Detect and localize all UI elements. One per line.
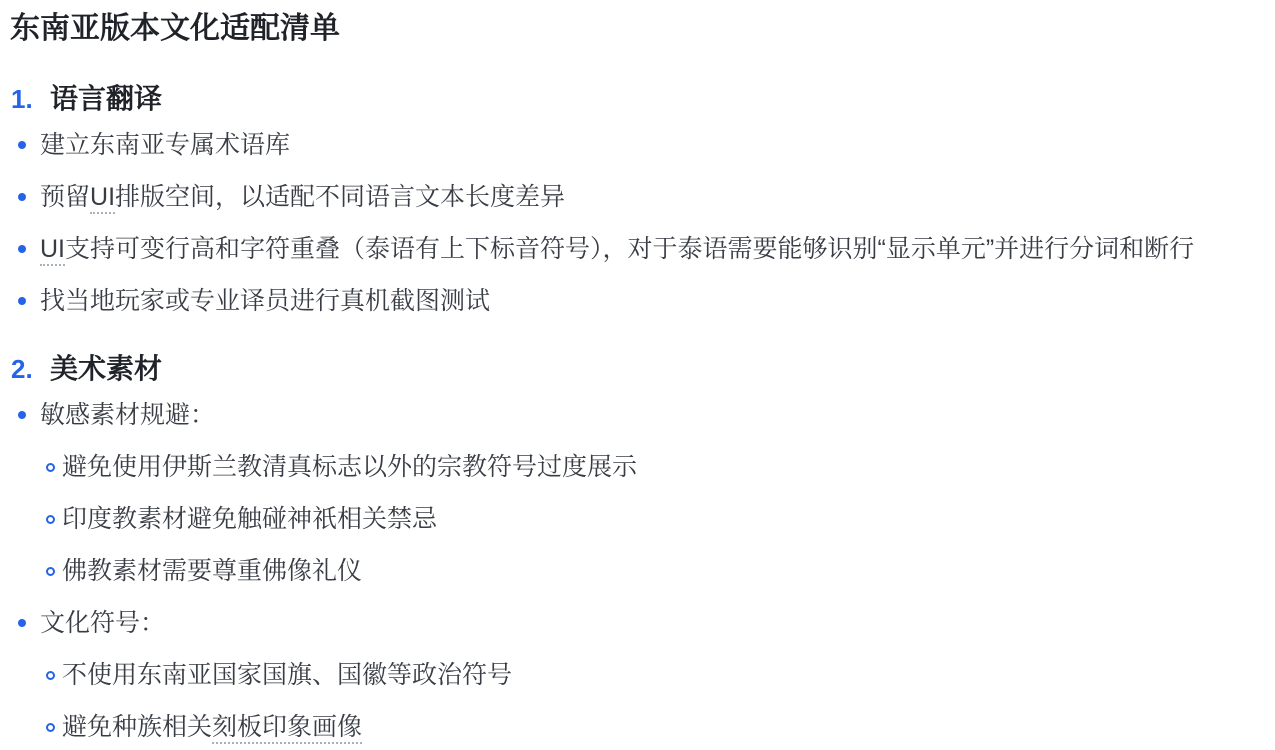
list-item: 预留UI排版空间，以适配不同语言文本长度差异 [10,180,1275,214]
list-item: 找当地玩家或专业译员进行真机截图测试 [10,284,1275,318]
sub-list-item: 佛教素材需要尊重佛像礼仪 [10,554,1275,588]
text-segment: 不使用东南亚国家国旗、国徽等政治符号 [62,661,512,689]
bullet-icon [18,141,26,149]
list-item-text: 预留UI排版空间，以适配不同语言文本长度差异 [40,183,565,214]
spellcheck-underlined-segment: 刻板印象画像 [212,713,362,744]
list-item: 文化符号： [10,606,1275,640]
text-segment: 排版空间，以适配不同语言文本长度差异 [115,183,565,211]
bullet-icon [18,245,26,253]
spellcheck-underlined-segment: UI [40,235,65,266]
section-number: 2. [10,354,50,385]
text-segment: 印度教素材避免触碰神祇相关禁忌 [62,505,437,533]
section-title: 美术素材 [50,351,162,387]
list-item-text: 找当地玩家或专业译员进行真机截图测试 [40,287,490,315]
bullet-icon [18,619,26,627]
sub-list-item: 避免使用伊斯兰教清真标志以外的宗教符号过度展示 [10,450,1275,484]
list-item-text: UI支持可变行高和字符重叠（泰语有上下标音符号），对于泰语需要能够识别“显示单元… [40,235,1194,266]
text-segment: 避免使用伊斯兰教清真标志以外的宗教符号过度展示 [62,453,637,481]
list-item-text: 避免种族相关刻板印象画像 [62,713,362,744]
circle-bullet-icon [46,463,55,472]
text-segment: 找当地玩家或专业译员进行真机截图测试 [40,287,490,315]
document-page: 东南亚版本文化适配清单 1. 语言翻译 建立东南亚专属术语库 预留UI排版空间，… [0,0,1275,750]
spellcheck-underlined-segment: UI [90,183,115,214]
circle-bullet-icon [46,671,55,680]
sub-list-item: 避免种族相关刻板印象画像 [10,710,1275,744]
sub-list-item: 不使用东南亚国家国旗、国徽等政治符号 [10,658,1275,692]
bullet-icon [18,193,26,201]
section-title: 语言翻译 [50,81,162,117]
bullet-icon [18,297,26,305]
text-segment: 避免种族相关 [62,713,212,741]
section-number: 1. [10,84,50,115]
list-item-text: 不使用东南亚国家国旗、国徽等政治符号 [62,661,512,689]
circle-bullet-icon [46,515,55,524]
list-item-text: 敏感素材规避： [40,401,215,429]
list-item-text: 佛教素材需要尊重佛像礼仪 [62,557,362,585]
text-segment: 文化符号： [40,609,165,637]
list-item-text: 文化符号： [40,609,165,637]
list-item: 敏感素材规避： [10,398,1275,432]
page-title: 东南亚版本文化适配清单 [10,10,1275,48]
text-segment: 佛教素材需要尊重佛像礼仪 [62,557,362,585]
list-item: 建立东南亚专属术语库 [10,128,1275,162]
list-item: UI支持可变行高和字符重叠（泰语有上下标音符号），对于泰语需要能够识别“显示单元… [10,232,1275,266]
text-segment: 预留 [40,183,90,211]
text-segment: 敏感素材规避： [40,401,215,429]
bullet-icon [18,411,26,419]
text-segment: 支持可变行高和字符重叠（泰语有上下标音符号），对于泰语需要能够识别“显示单元”并… [65,235,1194,263]
text-segment: 建立东南亚专属术语库 [40,131,290,159]
circle-bullet-icon [46,567,55,576]
section-heading-1: 1. 语言翻译 [10,81,1275,117]
section-heading-2: 2. 美术素材 [10,351,1275,387]
list-item-text: 避免使用伊斯兰教清真标志以外的宗教符号过度展示 [62,453,637,481]
circle-bullet-icon [46,723,55,732]
list-item-text: 建立东南亚专属术语库 [40,131,290,159]
list-item-text: 印度教素材避免触碰神祇相关禁忌 [62,505,437,533]
sub-list-item: 印度教素材避免触碰神祇相关禁忌 [10,502,1275,536]
